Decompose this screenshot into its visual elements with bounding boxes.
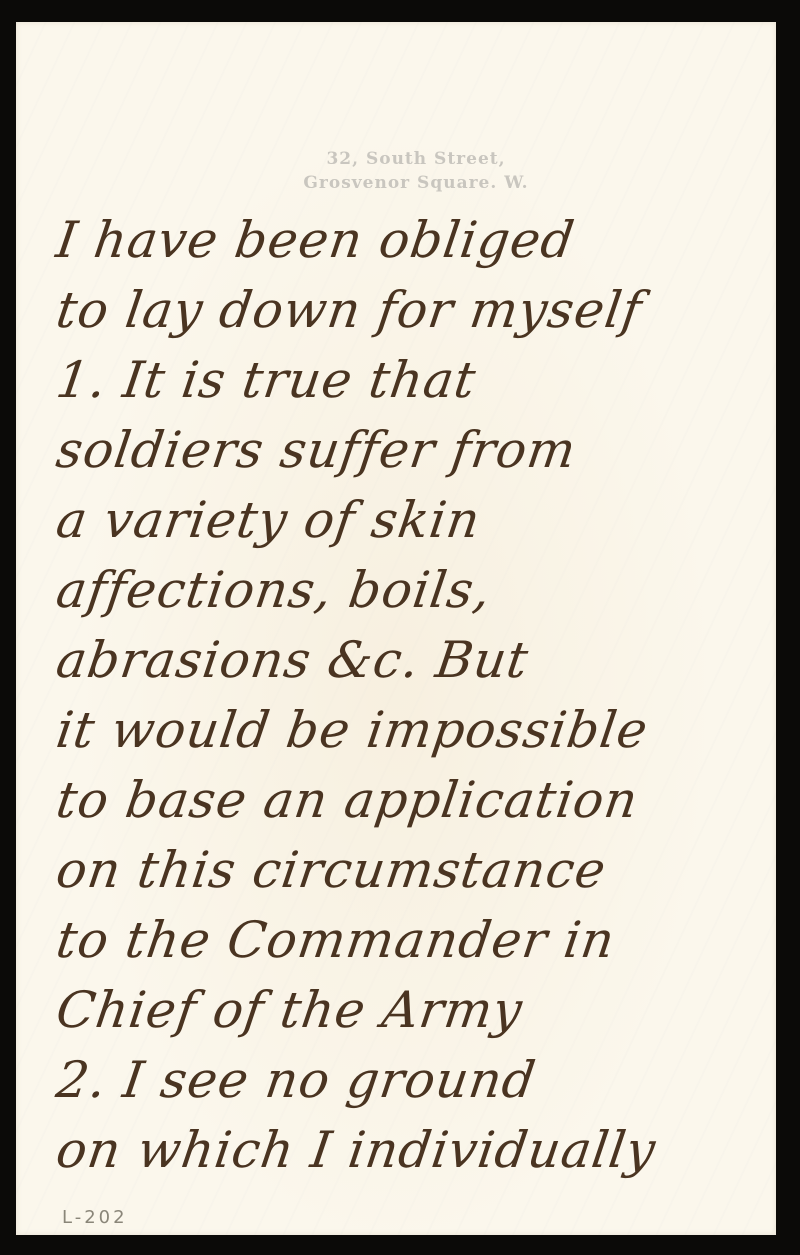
handwritten-line: Chief of the Army [52, 975, 782, 1045]
handwritten-line: I have been obliged [52, 205, 782, 275]
handwritten-line: a variety of skin [52, 485, 782, 555]
handwritten-line: 1. It is true that [52, 345, 782, 415]
handwritten-line: on this circumstance [52, 835, 782, 905]
handwritten-line: to the Commander in [52, 905, 782, 975]
handwritten-line: 2. I see no ground [52, 1045, 782, 1115]
handwritten-line: it would be impossible [52, 695, 782, 765]
handwritten-line: on which I individually [52, 1115, 782, 1185]
letterhead-address: 32, South Street, Grosvenor Square. W. [246, 147, 586, 195]
handwritten-body: I have been obliged to lay down for myse… [52, 205, 772, 1185]
handwritten-line: soldiers suffer from [52, 415, 782, 485]
handwritten-line: abrasions &c. But [52, 625, 782, 695]
handwritten-line: to lay down for myself [52, 275, 782, 345]
handwritten-line: to base an application [52, 765, 782, 835]
letterhead-street: 32, South Street, [246, 147, 586, 171]
handwritten-line: affections, boils, [52, 555, 782, 625]
letterhead-square: Grosvenor Square. W. [246, 171, 586, 195]
archive-reference-number: L-202 [62, 1207, 128, 1228]
